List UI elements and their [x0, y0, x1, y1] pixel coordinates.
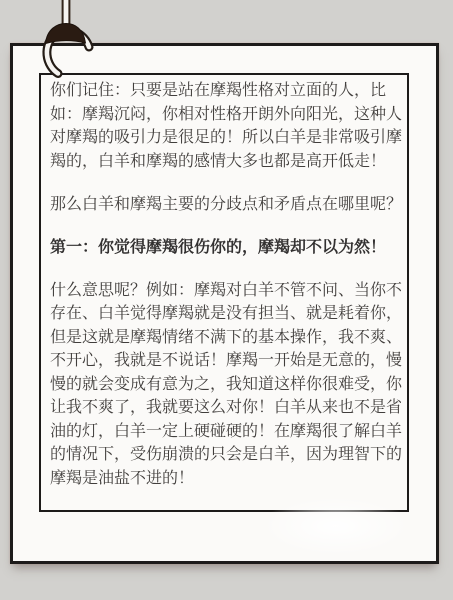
clip-rod — [63, 0, 70, 30]
paragraph: 什么意思呢？例如：摩羯对白羊不管不问、当你不存在、白羊觉得摩羯就是没有担当、就是… — [50, 279, 399, 491]
text-line: 油的灯，白羊一定上硬碰硬的！在摩羯很了解白羊 — [50, 420, 399, 444]
note-text-box: 你们记住：只要是站在摩羯性格对立面的人，比如：摩羯沉闷，你相对性格开朗外向阳光，… — [39, 73, 409, 512]
text-line: 存在、白羊觉得摩羯就是没有担当、就是耗着你， — [50, 302, 399, 326]
note-paragraphs: 你们记住：只要是站在摩羯性格对立面的人，比如：摩羯沉闷，你相对性格开朗外向阳光，… — [50, 79, 399, 490]
text-line: 不开心，我就是不说话！摩羯一开始是无意的，慢 — [50, 349, 399, 373]
paragraph: 那么白羊和摩羯主要的分歧点和矛盾点在哪里呢？ — [50, 193, 399, 217]
text-line: 对摩羯的吸引力是很足的！所以白羊是非常吸引摩 — [50, 126, 399, 150]
text-line: 那么白羊和摩羯主要的分歧点和矛盾点在哪里呢？ — [50, 193, 399, 217]
note-paper: 你们记住：只要是站在摩羯性格对立面的人，比如：摩羯沉闷，你相对性格开朗外向阳光，… — [10, 43, 439, 564]
text-line: 羯的，白羊和摩羯的感情大多也都是高开低走！ — [50, 150, 399, 174]
text-line: 但是这就是摩羯情绪不满下的基本操作，我不爽、 — [50, 326, 399, 350]
text-line: 摩羯是油盐不进的！ — [50, 467, 399, 491]
clip-head — [46, 24, 86, 44]
text-line: 第一：你觉得摩羯很伤你的，摩羯却不以为然！ — [50, 236, 399, 260]
text-line: 什么意思呢？例如：摩羯对白羊不管不问、当你不 — [50, 279, 399, 303]
text-line: 你们记住：只要是站在摩羯性格对立面的人，比 — [50, 79, 399, 103]
paragraph: 第一：你觉得摩羯很伤你的，摩羯却不以为然！ — [50, 236, 399, 260]
text-line: 的情况下，受伤崩溃的只会是白羊，因为理智下的 — [50, 443, 399, 467]
poster-background: 你们记住：只要是站在摩羯性格对立面的人，比如：摩羯沉闷，你相对性格开朗外向阳光，… — [0, 0, 453, 600]
text-line: 如：摩羯沉闷，你相对性格开朗外向阳光，这种人 — [50, 103, 399, 127]
text-line: 慢的就会变成有意为之，我知道这样你很难受，你 — [50, 373, 399, 397]
text-line: 让我不爽了，我就要这么对你！白羊从来也不是省 — [50, 396, 399, 420]
paragraph: 你们记住：只要是站在摩羯性格对立面的人，比如：摩羯沉闷，你相对性格开朗外向阳光，… — [50, 79, 399, 173]
